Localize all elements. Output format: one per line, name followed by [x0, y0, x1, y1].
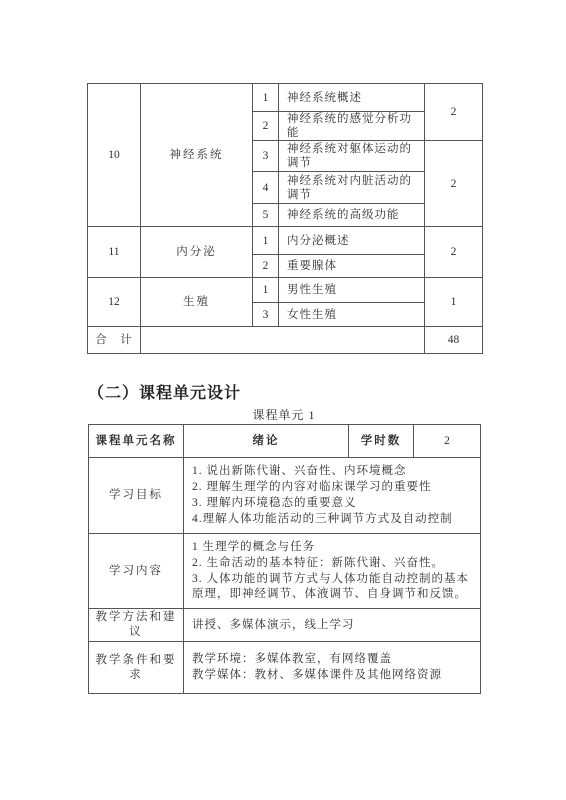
content-line: 2. 生命活动的基本特征：新陈代谢、兴奋性。	[192, 556, 472, 571]
content-line: 1 生理学的概念与任务	[192, 540, 472, 555]
total-label: 合 计	[88, 327, 141, 354]
subtopic-number: 4	[253, 172, 279, 204]
section-heading: （二）课程单元设计	[88, 380, 241, 403]
table-row: 11 内分泌 1 内分泌概述 2	[88, 227, 483, 255]
subtopic-title: 神经系统的高级功能	[279, 204, 425, 227]
unit-table-caption: 课程单元 1	[88, 406, 480, 423]
subtopic-number: 3	[253, 141, 279, 172]
hours-value: 2	[425, 141, 483, 227]
objective-line: 1. 说出新陈代谢、兴奋性、内环境概念	[192, 464, 472, 479]
requirements-line: 教学环境：多媒体教室，有网络覆盖	[192, 652, 472, 667]
subtopic-number: 5	[253, 204, 279, 227]
document-page: { "colors": { "border": "#555555", "text…	[0, 0, 566, 800]
methods-content: 讲授、多媒体演示，线上学习	[184, 609, 481, 642]
content-line: 3. 人体功能的调节方式与人体功能自动控制的基本原理，即神经调节、体液调节、自身…	[192, 572, 472, 602]
methods-label: 教学方法和建议	[89, 609, 184, 642]
requirements-row: 教学条件和要求 教学环境：多媒体教室，有网络覆盖 教学媒体：教材、多媒体课件及其…	[89, 642, 481, 694]
subtopic-number: 1	[253, 227, 279, 255]
chapter-number: 11	[88, 227, 141, 278]
chapter-title: 内分泌	[141, 227, 253, 278]
subtopic-title: 神经系统概述	[279, 84, 425, 112]
table-row: 12 生殖 1 男性生殖 1	[88, 278, 483, 303]
objective-line: 4.理解人体功能活动的三种调节方式及自动控制	[192, 512, 472, 527]
objectives-label: 学习目标	[89, 458, 184, 534]
subtopic-title: 神经系统对内脏活动的调节	[279, 172, 425, 204]
unit-hours-label: 学时数	[349, 425, 414, 458]
unit-name-value: 绪论	[184, 425, 349, 458]
unit-design-table: 课程单元名称 绪论 学时数 2 学习目标 1. 说出新陈代谢、兴奋性、内环境概念…	[88, 424, 481, 694]
hours-value: 2	[425, 84, 483, 141]
methods-line: 讲授、多媒体演示，线上学习	[192, 618, 472, 633]
total-hours-value: 48	[425, 327, 483, 354]
methods-row: 教学方法和建议 讲授、多媒体演示，线上学习	[89, 609, 481, 642]
chapter-title: 生殖	[141, 278, 253, 327]
subtopic-title: 神经系统对躯体运动的调节	[279, 141, 425, 172]
subtopic-number: 1	[253, 278, 279, 303]
content-row: 学习内容 1 生理学的概念与任务 2. 生命活动的基本特征：新陈代谢、兴奋性。 …	[89, 534, 481, 609]
subtopic-title: 男性生殖	[279, 278, 425, 303]
requirements-label: 教学条件和要求	[89, 642, 184, 694]
requirements-line: 教学媒体：教材、多媒体课件及其他网络资源	[192, 668, 472, 683]
subtopic-number: 3	[253, 303, 279, 327]
total-empty-cell	[141, 327, 425, 354]
content-content: 1 生理学的概念与任务 2. 生命活动的基本特征：新陈代谢、兴奋性。 3. 人体…	[184, 534, 481, 609]
objective-line: 3. 理解内环境稳态的重要意义	[192, 496, 472, 511]
objective-line: 2. 理解生理学的内容对临床课学习的重要性	[192, 480, 472, 495]
subtopic-title: 神经系统的感觉分析功能	[279, 112, 425, 141]
subtopic-number: 2	[253, 255, 279, 278]
unit-header-row: 课程单元名称 绪论 学时数 2	[89, 425, 481, 458]
chapter-title: 神经系统	[141, 84, 253, 227]
subtopic-title: 女性生殖	[279, 303, 425, 327]
objectives-content: 1. 说出新陈代谢、兴奋性、内环境概念 2. 理解生理学的内容对临床课学习的重要…	[184, 458, 481, 534]
subtopic-title: 重要腺体	[279, 255, 425, 278]
subtopic-number: 1	[253, 84, 279, 112]
course-hours-table: 10 神经系统 1 神经系统概述 2 2 神经系统的感觉分析功能 3 神经系统对…	[87, 83, 483, 354]
subtopic-number: 2	[253, 112, 279, 141]
chapter-number: 10	[88, 84, 141, 227]
subtopic-title: 内分泌概述	[279, 227, 425, 255]
hours-value: 2	[425, 227, 483, 278]
total-row: 合 计 48	[88, 327, 483, 354]
hours-value: 1	[425, 278, 483, 327]
unit-hours-value: 2	[414, 425, 481, 458]
objectives-row: 学习目标 1. 说出新陈代谢、兴奋性、内环境概念 2. 理解生理学的内容对临床课…	[89, 458, 481, 534]
unit-name-label: 课程单元名称	[89, 425, 184, 458]
page-background: 10 神经系统 1 神经系统概述 2 2 神经系统的感觉分析功能 3 神经系统对…	[0, 0, 566, 800]
requirements-content: 教学环境：多媒体教室，有网络覆盖 教学媒体：教材、多媒体课件及其他网络资源	[184, 642, 481, 694]
table-row: 10 神经系统 1 神经系统概述 2	[88, 84, 483, 112]
content-label: 学习内容	[89, 534, 184, 609]
chapter-number: 12	[88, 278, 141, 327]
